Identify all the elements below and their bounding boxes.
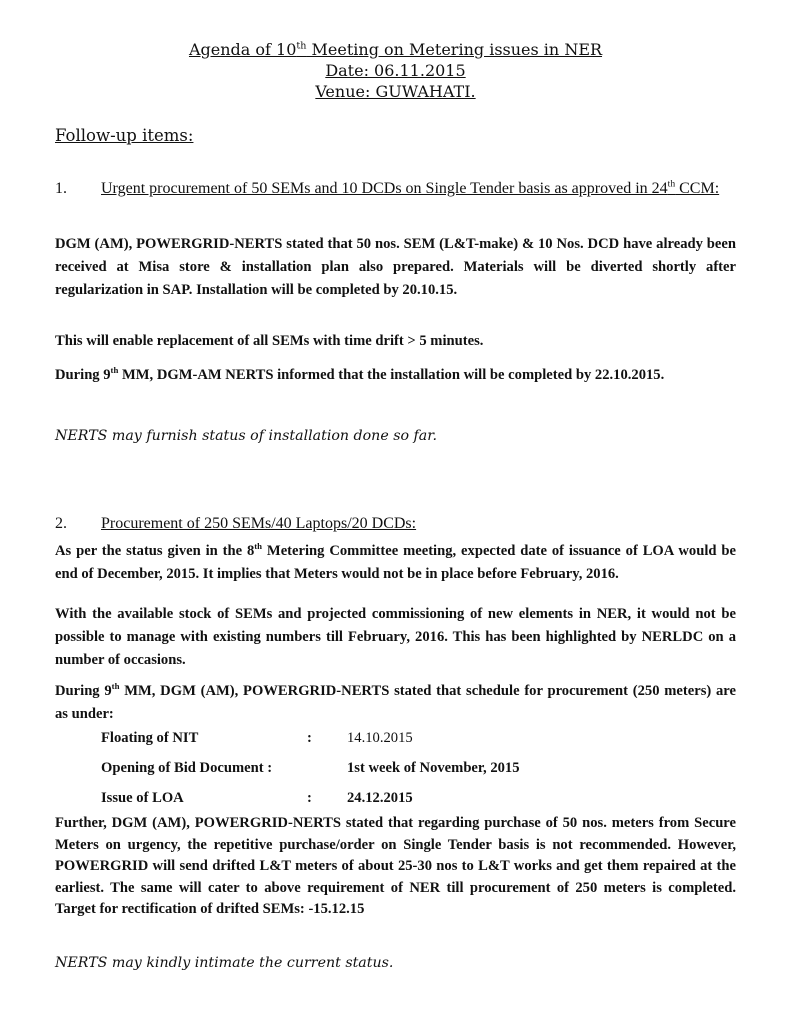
item-1-heading-suffix: CCM: <box>675 180 719 197</box>
agenda-title: Agenda of 10th Meeting on Metering issue… <box>0 40 791 60</box>
item-2-p3-suffix: MM, DGM (AM), POWERGRID-NERTS stated tha… <box>55 683 736 722</box>
item-2-p1-text: As per the status given in the 8 <box>55 543 254 559</box>
title-text-suffix: Meeting on Metering issues in NER <box>306 40 602 59</box>
item-1-paragraph-3: During 9th MM, DGM-AM NERTS informed tha… <box>55 364 736 387</box>
item-2-paragraph-1: As per the status given in the 8th Meter… <box>55 540 736 586</box>
item-2-heading: Procurement of 250 SEMs/40 Laptops/20 DC… <box>101 513 736 535</box>
schedule-value: 14.10.2015 <box>347 730 413 747</box>
title-superscript: th <box>296 41 306 52</box>
item-2-number: 2. <box>55 515 67 533</box>
title-text: Agenda of 10 <box>189 40 296 59</box>
item-1-heading: Urgent procurement of 50 SEMs and 10 DCD… <box>101 178 736 200</box>
item-2-p1-sup: th <box>254 541 262 551</box>
schedule-label: Issue of LOA <box>101 790 311 807</box>
section-title: Follow-up items: <box>55 126 193 145</box>
item-2-paragraph-3: During 9th MM, DGM (AM), POWERGRID-NERTS… <box>55 680 736 726</box>
item-1-paragraph-1: DGM (AM), POWERGRID-NERTS stated that 50… <box>55 233 736 302</box>
item-1-number: 1. <box>55 180 67 198</box>
schedule-colon: : <box>307 790 312 807</box>
item-1-heading-sup: th <box>668 179 675 190</box>
item-2-note: NERTS may kindly intimate the current st… <box>55 955 393 971</box>
item-2-paragraph-2: With the available stock of SEMs and pro… <box>55 603 736 672</box>
schedule-value: 24.12.2015 <box>347 790 413 807</box>
item-2-paragraph-4: Further, DGM (AM), POWERGRID-NERTS state… <box>55 813 736 921</box>
item-1-p3-text: During 9 <box>55 367 111 383</box>
document-page: Agenda of 10th Meeting on Metering issue… <box>0 0 791 1024</box>
item-2-p3-text: During 9 <box>55 683 112 699</box>
item-1-p3-suffix: MM, DGM-AM NERTS informed that the insta… <box>118 367 664 383</box>
meeting-venue: Venue: GUWAHATI. <box>0 82 791 102</box>
schedule-colon: : <box>307 730 312 747</box>
meeting-date: Date: 06.11.2015 <box>0 61 791 81</box>
item-1-note: NERTS may furnish status of installation… <box>55 428 437 444</box>
schedule-value: 1st week of November, 2015 <box>347 760 520 777</box>
schedule-label: Floating of NIT <box>101 730 311 747</box>
item-1-paragraph-2: This will enable replacement of all SEMs… <box>55 330 736 353</box>
schedule-label: Opening of Bid Document : <box>101 760 311 777</box>
item-1-heading-text: Urgent procurement of 50 SEMs and 10 DCD… <box>101 180 668 197</box>
